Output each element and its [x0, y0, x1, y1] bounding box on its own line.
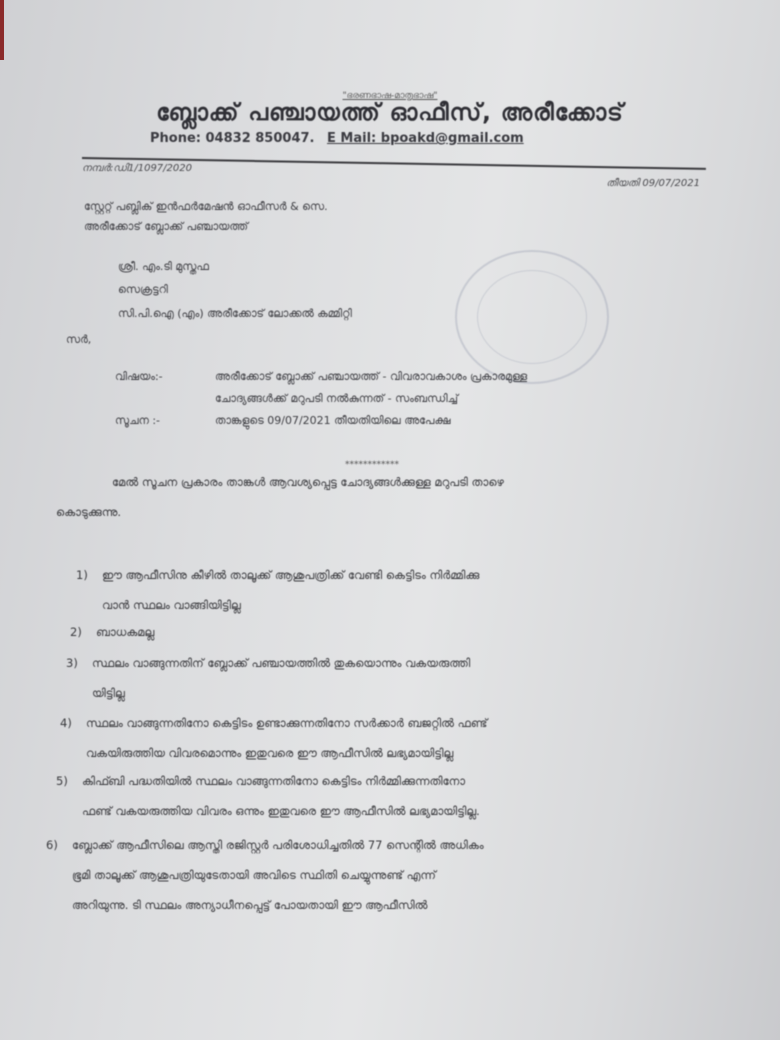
reference-number: നമ്പർ:ഡി1/1097/2020	[82, 163, 192, 174]
email-address: E Mail: bpoakd@gmail.com	[327, 131, 524, 146]
answer-1: 1)ഈ ആഫീസിനു കീഴിൽ താലൂക്ക് ആശുപത്രിക്ക് …	[76, 560, 479, 620]
salutation: സർ,	[66, 333, 91, 347]
intro-line-2: കൊടുക്കുന്നു.	[56, 500, 121, 524]
answer-6: 6)ബ്ലോക്ക് ആഫീസിലെ ആസ്തി രജിസ്റ്റർ പരിശോ…	[46, 830, 484, 920]
answer-5: 5)കിഫ്ബി പദ്ധതിയിൽ സ്ഥലം വാങ്ങുന്നതിനോ ക…	[56, 766, 480, 826]
letter-document: "ഭരണഭാഷ-മാതൃഭാഷ" ബ്ലോക്ക് പഞ്ചായത്ത് ഓഫീ…	[0, 0, 780, 1040]
recipient-designation: സെക്രട്ടറി	[118, 283, 168, 297]
reference-label: സൂചന :-	[115, 414, 160, 428]
answer-3: 3)സ്ഥലം വാങ്ങുന്നതിന് ബ്ലോക്ക് പഞ്ചായത്ത…	[66, 648, 470, 708]
letterhead-contact: Phone: 04832 850047. E Mail: bpoakd@gmai…	[150, 131, 524, 146]
separator: ************	[345, 460, 399, 470]
answer-4: 4)സ്ഥലം വാങ്ങുന്നതിനോ കെട്ടിടം ഉണ്ടാക്കു…	[60, 708, 487, 768]
sender-line-1: സ്റ്റേറ്റ് പബ്ലിക് ഇൻഫർമേഷൻ ഓഫീസർ & സെ.	[84, 200, 328, 214]
reference-text: താങ്കളുടെ 09/07/2021 തീയതിയിലെ അപേക്ഷ	[215, 414, 451, 428]
intro-line-1: മേൽ സൂചന പ്രകാരം താങ്കൾ ആവശ്യപ്പെട്ട ചോദ…	[112, 470, 504, 494]
subject-line-2: ചോദ്യങ്ങൾക്ക് മറുപടി നൽകുന്നത് - സംബന്ധി…	[215, 392, 458, 406]
letterhead-title: ബ്ലോക്ക് പഞ്ചായത്ത് ഓഫീസ്, അരീക്കോട്	[0, 100, 780, 126]
subject-label: വിഷയം:-	[115, 370, 163, 384]
sender-line-2: അരീക്കോട് ബ്ലോക്ക് പഞ്ചായത്ത്	[84, 220, 248, 234]
phone-number: Phone: 04832 850047.	[150, 131, 314, 146]
office-seal	[455, 250, 609, 384]
answer-2: 2)ബാധകമല്ല	[70, 617, 154, 647]
recipient-name: ശ്രീ. എം.ടി മുസ്തഫ	[118, 260, 209, 274]
letter-date: തീയതി 09/07/2021	[606, 178, 700, 189]
subject-line-1: അരീക്കോട് ബ്ലോക്ക് പഞ്ചായത്ത് - വിവരാവകാ…	[215, 370, 527, 384]
recipient-organization: സി.പി.ഐ (എം) അരീക്കോട് ലോക്കൽ കമ്മിറ്റി	[118, 307, 352, 321]
